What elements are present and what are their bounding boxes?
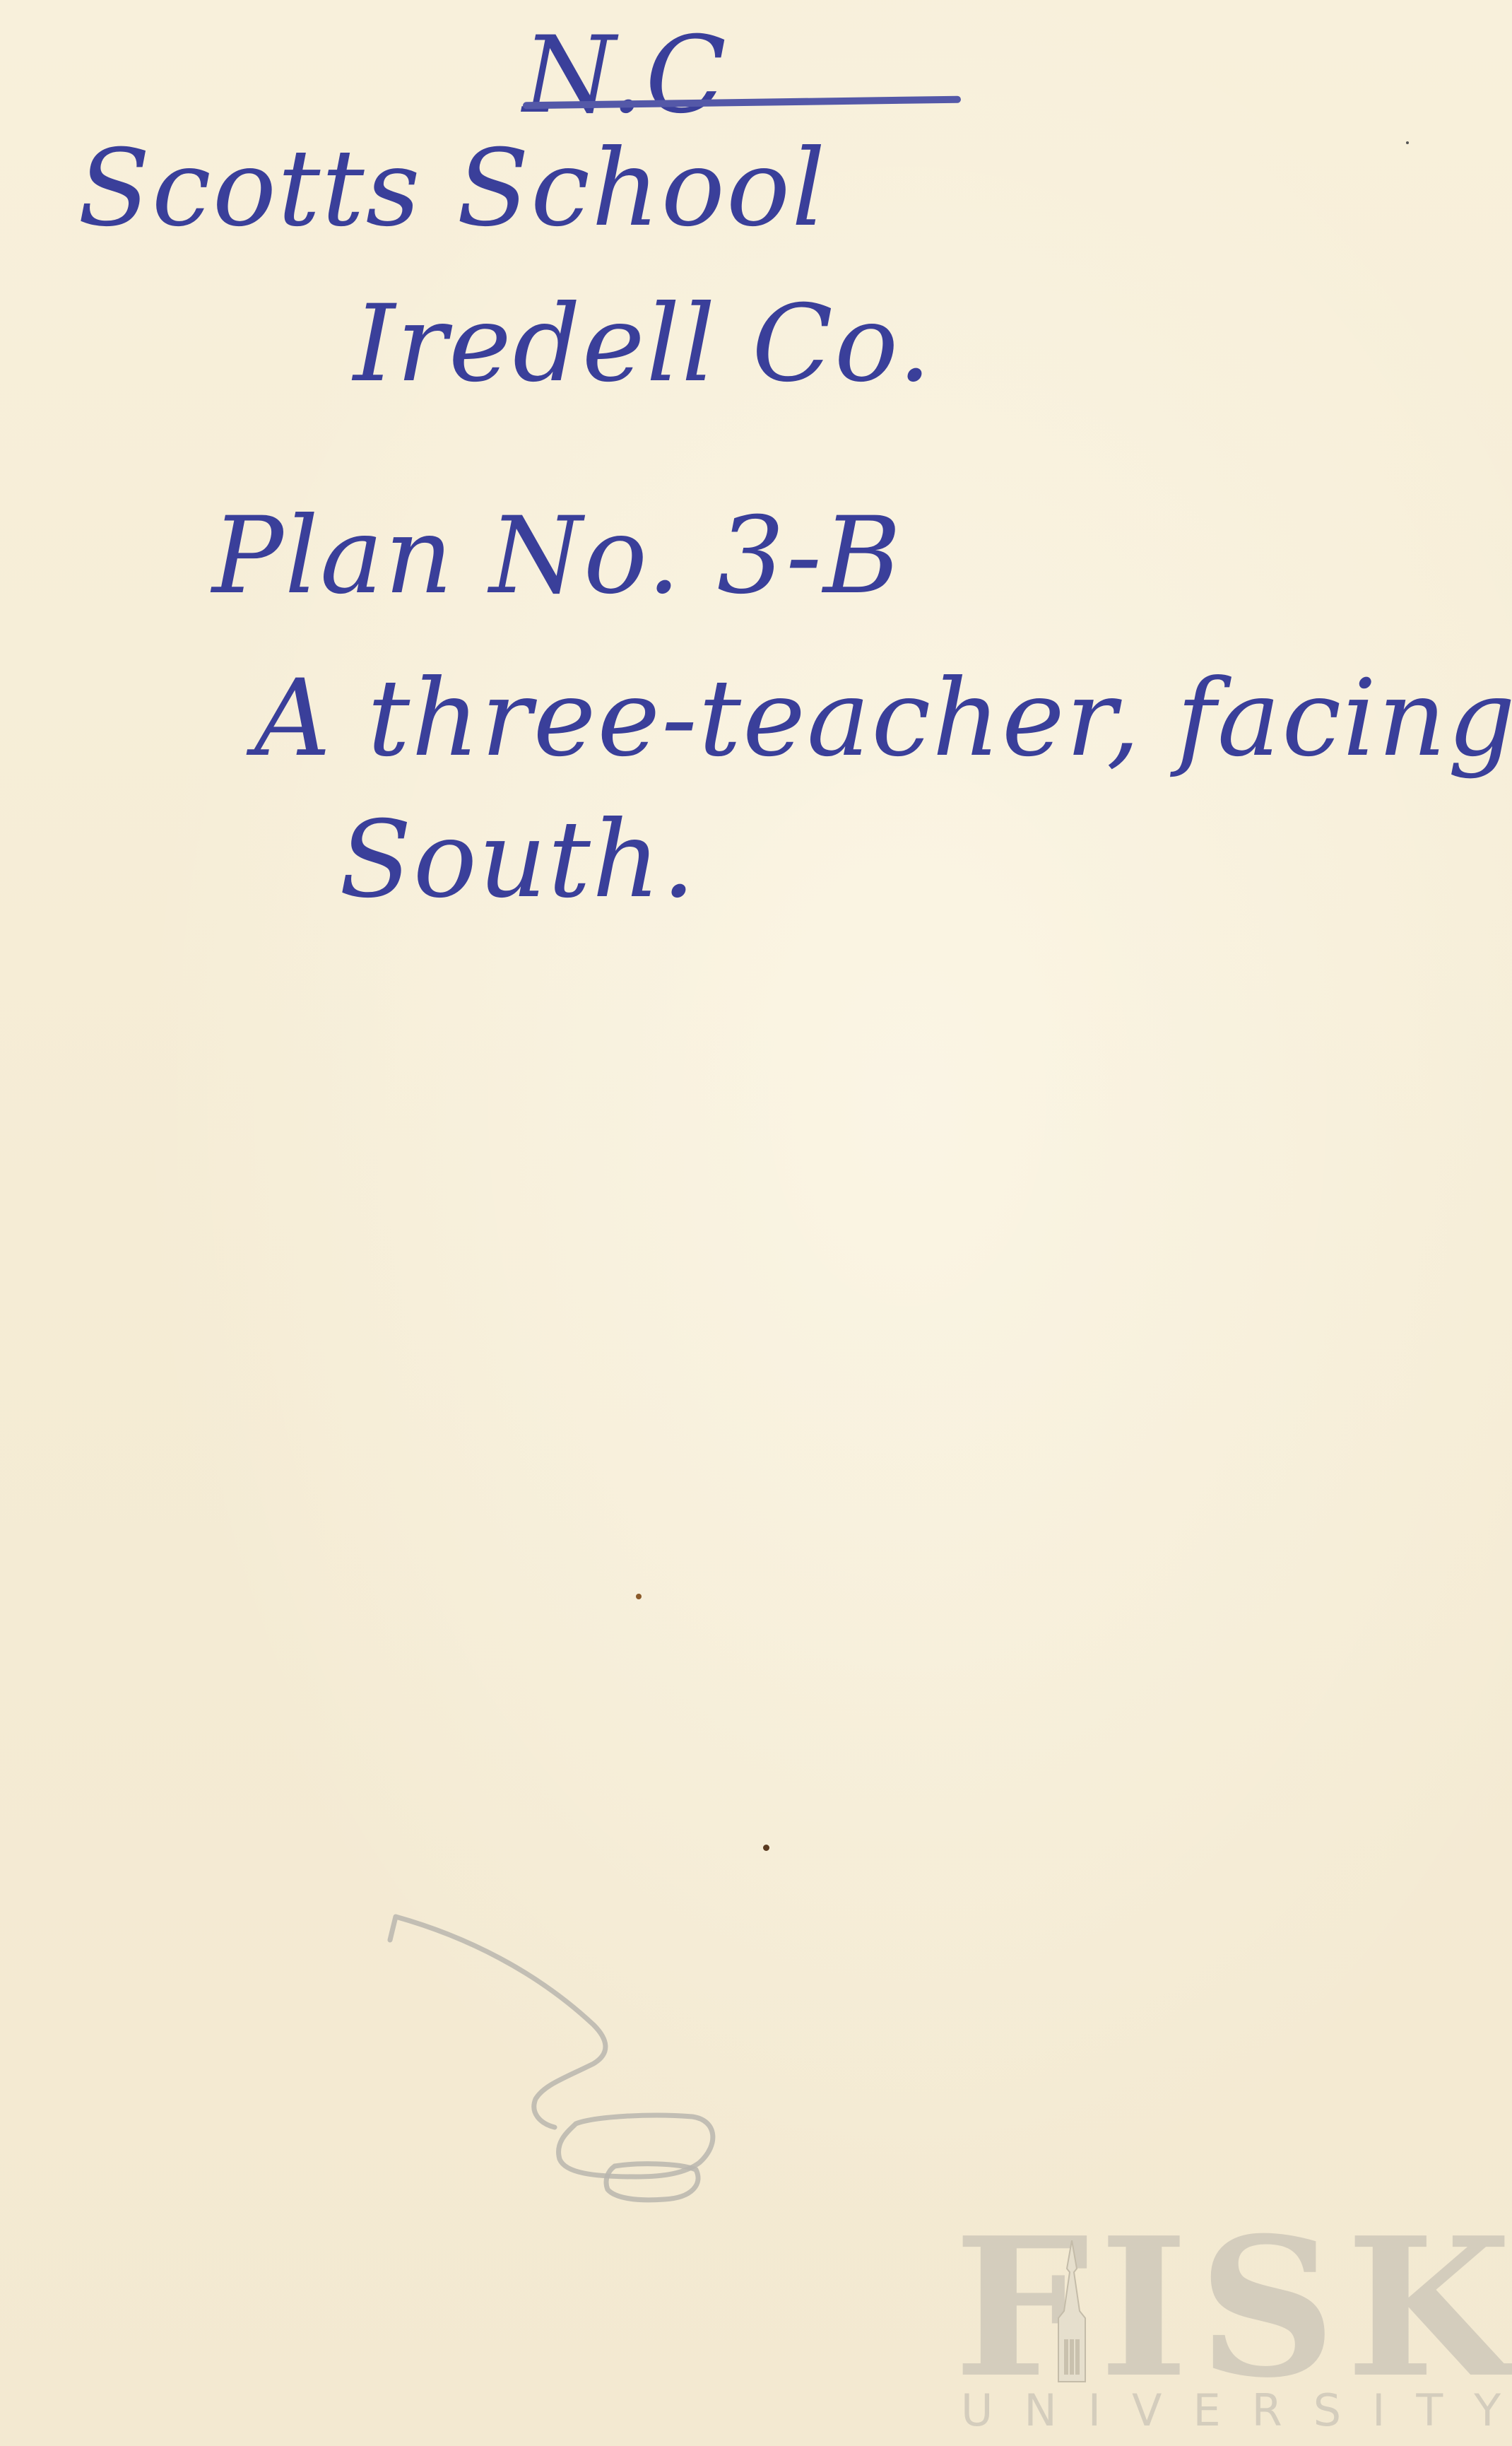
- state-heading: N.C: [523, 14, 728, 137]
- paper-speck: [636, 1594, 642, 1599]
- plan-number: Plan No. 3-B: [212, 495, 902, 618]
- paper-speck: [763, 1845, 769, 1851]
- fisk-university-watermark: FISK UNIVERSITY: [947, 2212, 1512, 2446]
- county-name: Iredell Co.: [353, 283, 933, 406]
- pencil-squiggle: [382, 1873, 749, 2240]
- document-card: N.C Scotts School Iredell Co. Plan No. 3…: [0, 0, 1512, 2446]
- school-name: Scotts School: [78, 127, 827, 250]
- watermark-subtitle: UNIVERSITY: [961, 2389, 1512, 2433]
- watermark-title: FISK: [954, 2212, 1512, 2403]
- description-line-1: A three-teacher, facing: [254, 657, 1512, 780]
- description-line-2: South.: [339, 799, 697, 922]
- chapel-spire-icon: [1054, 2240, 1089, 2389]
- paper-speck: [1406, 141, 1409, 144]
